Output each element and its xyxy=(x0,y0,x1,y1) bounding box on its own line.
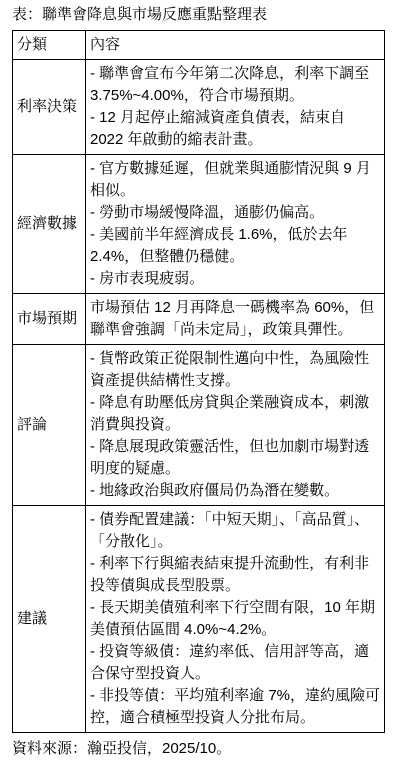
column-header-category: 分類 xyxy=(13,31,86,60)
category-cell: 利率決策 xyxy=(13,60,86,155)
content-line: - 美國前半年經濟成長 1.6%，低於去年 2.4%，但整體仍穩健。 xyxy=(90,224,380,268)
content-line: - 降息展現政策靈活性，但也加劇市場對透明度的疑慮。 xyxy=(90,436,380,480)
content-cell: - 官方數據延遲，但就業與通膨情況與 9 月相似。 - 勞動市場緩慢降溫，通膨仍… xyxy=(86,155,385,294)
content-cell: - 債券配置建議：「中短天期」、「高品質」、「分散化」。 - 利率下行與縮表結束… xyxy=(86,506,385,733)
source-note: 資料來源：瀚亞投信，2025/10。 xyxy=(12,738,385,759)
content-line: - 投資等級債：違約率低、信用評等高，適合保守型投資人。 xyxy=(90,641,380,685)
category-cell: 評論 xyxy=(13,345,86,506)
table-row-market-expectation: 市場預期 市場預估 12 月再降息一碼機率為 60%，但聯準會強調「尚未定局」，… xyxy=(13,294,385,345)
table-row-rate-decision: 利率決策 - 聯準會宣布今年第二次降息，利率下調至 3.75%~4.00%，符合… xyxy=(13,60,385,155)
table-title: 表：聯準會降息與市場反應重點整理表 xyxy=(12,4,385,25)
content-line: - 利率下行與縮表結束提升流動性，有利非投等債與成長型股票。 xyxy=(90,553,380,597)
content-line: 市場預估 12 月再降息一碼機率為 60%，但聯準會強調「尚未定局」，政策具彈性… xyxy=(90,297,380,341)
summary-table: 分類 內容 利率決策 - 聯準會宣布今年第二次降息，利率下調至 3.75%~4.… xyxy=(12,30,385,733)
content-line: - 官方數據延遲，但就業與通膨情況與 9 月相似。 xyxy=(90,158,380,202)
content-line: - 房市表現疲弱。 xyxy=(90,268,380,290)
content-line: - 非投等債：平均殖利率逾 7%，違約風險可控，適合積極型投資人分批布局。 xyxy=(90,685,380,729)
article-figure: 表：聯準會降息與市場反應重點整理表 分類 內容 利率決策 - 聯準會宣布今年第二… xyxy=(0,0,399,763)
category-cell: 建議 xyxy=(13,506,86,733)
header-row: 分類 內容 xyxy=(13,31,385,60)
table-row-recommendation: 建議 - 債券配置建議：「中短天期」、「高品質」、「分散化」。 - 利率下行與縮… xyxy=(13,506,385,733)
content-line: - 貨幣政策正從限制性邁向中性，為風險性資產提供結構性支撐。 xyxy=(90,348,380,392)
table-row-economic-data: 經濟數據 - 官方數據延遲，但就業與通膨情況與 9 月相似。 - 勞動市場緩慢降… xyxy=(13,155,385,294)
category-cell: 經濟數據 xyxy=(13,155,86,294)
table-row-commentary: 評論 - 貨幣政策正從限制性邁向中性，為風險性資產提供結構性支撐。 - 降息有助… xyxy=(13,345,385,506)
content-cell: - 聯準會宣布今年第二次降息，利率下調至 3.75%~4.00%，符合市場預期。… xyxy=(86,60,385,155)
content-line: - 聯準會宣布今年第二次降息，利率下調至 3.75%~4.00%，符合市場預期。 xyxy=(90,63,380,107)
content-line: - 長天期美債殖利率下行空間有限，10 年期美債預估區間 4.0%~4.2%。 xyxy=(90,597,380,641)
content-line: - 債券配置建議：「中短天期」、「高品質」、「分散化」。 xyxy=(90,509,380,553)
content-line: - 地緣政治與政府僵局仍為潛在變數。 xyxy=(90,480,380,502)
content-cell: 市場預估 12 月再降息一碼機率為 60%，但聯準會強調「尚未定局」，政策具彈性… xyxy=(86,294,385,345)
content-cell: - 貨幣政策正從限制性邁向中性，為風險性資產提供結構性支撐。 - 降息有助壓低房… xyxy=(86,345,385,506)
category-cell: 市場預期 xyxy=(13,294,86,345)
content-line: - 勞動市場緩慢降溫，通膨仍偏高。 xyxy=(90,202,380,224)
column-header-content: 內容 xyxy=(86,31,385,60)
content-line: - 12 月起停止縮減資產負債表，結束自 2022 年啟動的縮表計畫。 xyxy=(90,107,380,151)
content-line: - 降息有助壓低房貸與企業融資成本，刺激消費與投資。 xyxy=(90,392,380,436)
